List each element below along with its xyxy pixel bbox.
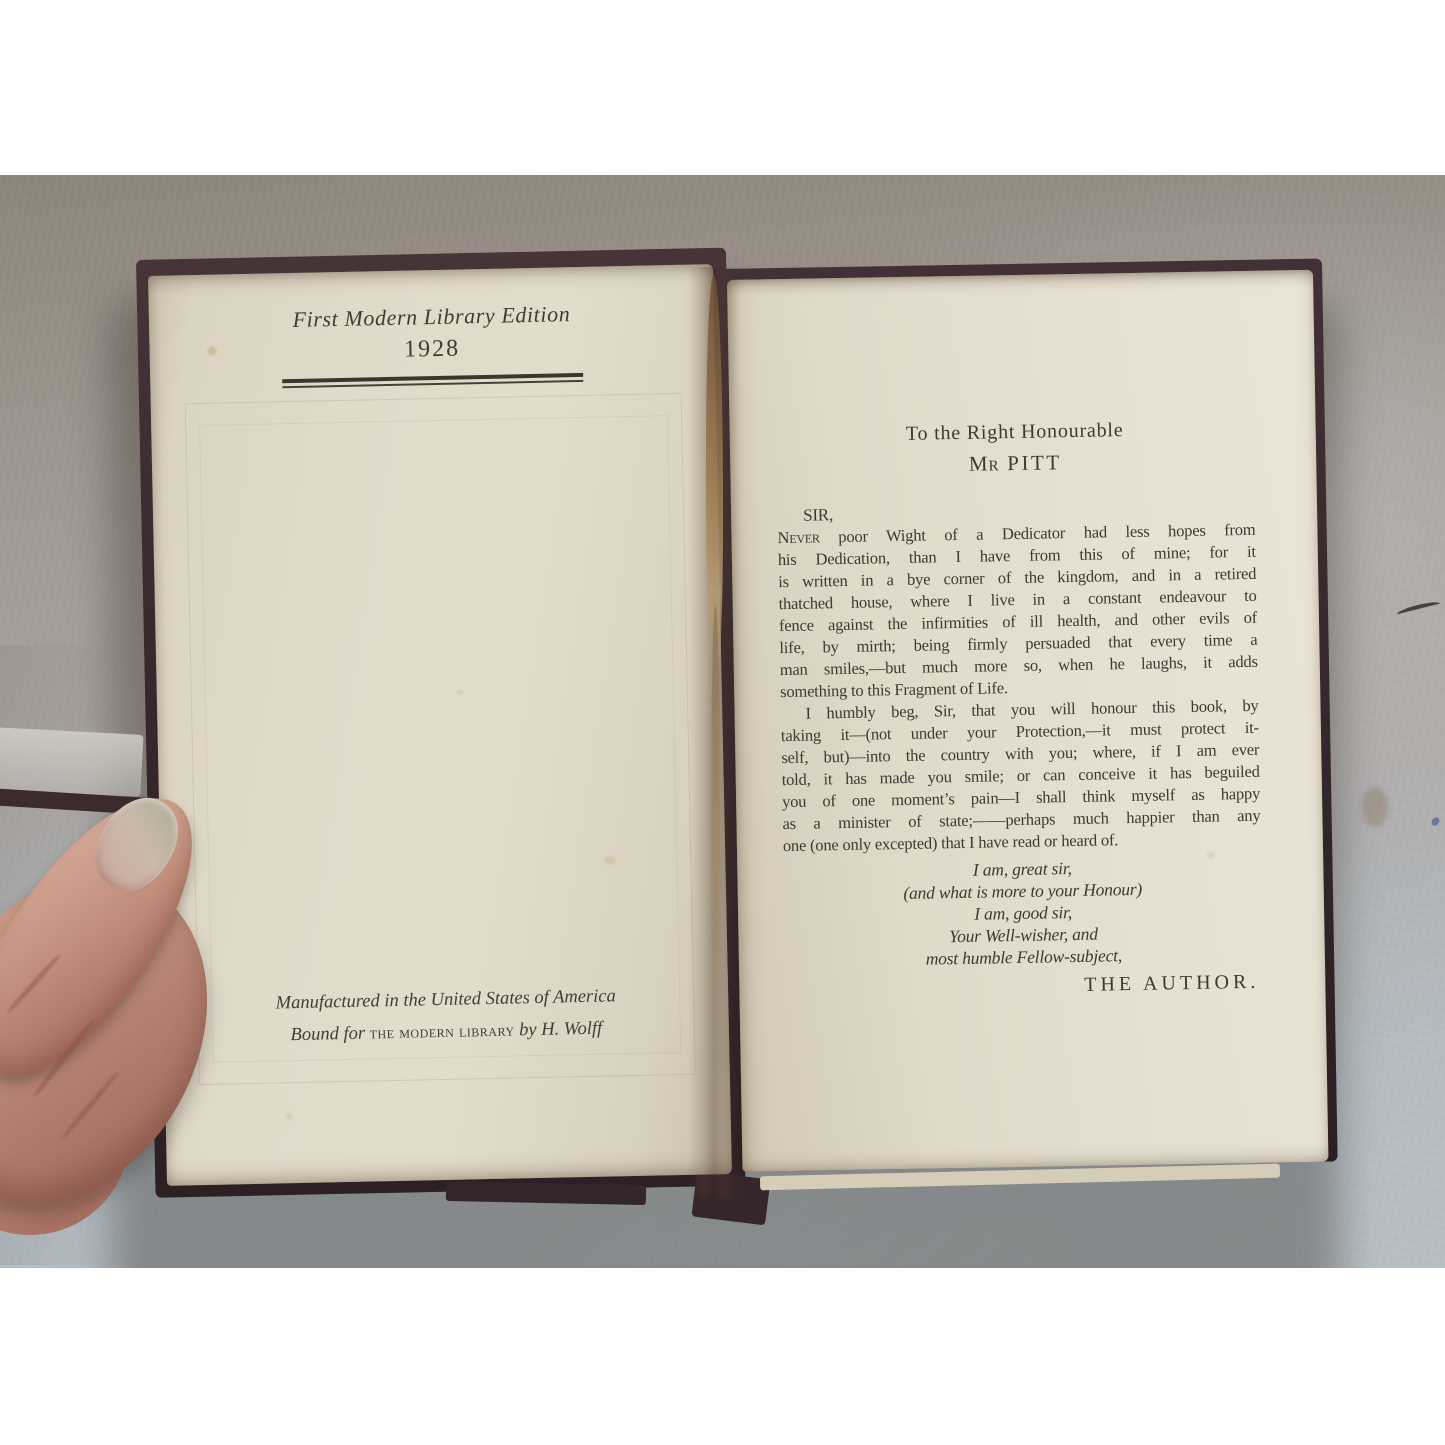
closing-block: I am, great sir, (and what is more to yo…: [783, 854, 1263, 972]
blue-fleck: [1430, 816, 1441, 827]
imprint-line-1: Manufactured in the United States of Ame…: [163, 984, 728, 1017]
imprint-line-2: Bound for the modern library by H. Wolff: [164, 1016, 729, 1049]
dedication-text: To the Right Honourable Mr PITT SIR, Nev…: [776, 417, 1264, 1002]
dedication-addressee: Mr PITT: [776, 447, 1254, 480]
book-photo: First Modern Library Edition 1928 Manufa…: [0, 175, 1445, 1268]
photo-canvas: First Modern Library Edition 1928 Manufa…: [0, 0, 1445, 1445]
left-page: First Modern Library Edition 1928 Manufa…: [148, 264, 732, 1186]
imprint-line-2-pre: Bound for: [290, 1024, 370, 1046]
imprint-line-2-post: by H. Wolff: [514, 1019, 602, 1041]
never-smallcaps: Never: [777, 527, 820, 547]
imprint-publisher: the modern library: [369, 1020, 514, 1042]
edition-line: First Modern Library Edition: [149, 298, 714, 336]
torn-hinge-streak: [711, 605, 720, 1035]
dedication-heading: To the Right Honourable: [776, 417, 1254, 448]
brown-smudge: [1362, 787, 1388, 827]
author-signature: THE AUTHOR.: [785, 971, 1263, 1002]
double-rule: [282, 373, 583, 388]
mr-smallcaps: Mr: [969, 451, 1000, 476]
fabric-patch: [0, 727, 144, 797]
spine-bottom-edge: [691, 1171, 770, 1226]
right-page: To the Right Honourable Mr PITT SIR, Nev…: [727, 270, 1328, 1172]
pitt-name: PITT: [999, 450, 1061, 475]
edition-year: 1928: [149, 330, 714, 369]
left-cover-bottom-edge: [446, 1181, 646, 1205]
thread-mark: [1396, 600, 1440, 615]
left-page-text: First Modern Library Edition 1928 Manufa…: [148, 264, 732, 1186]
